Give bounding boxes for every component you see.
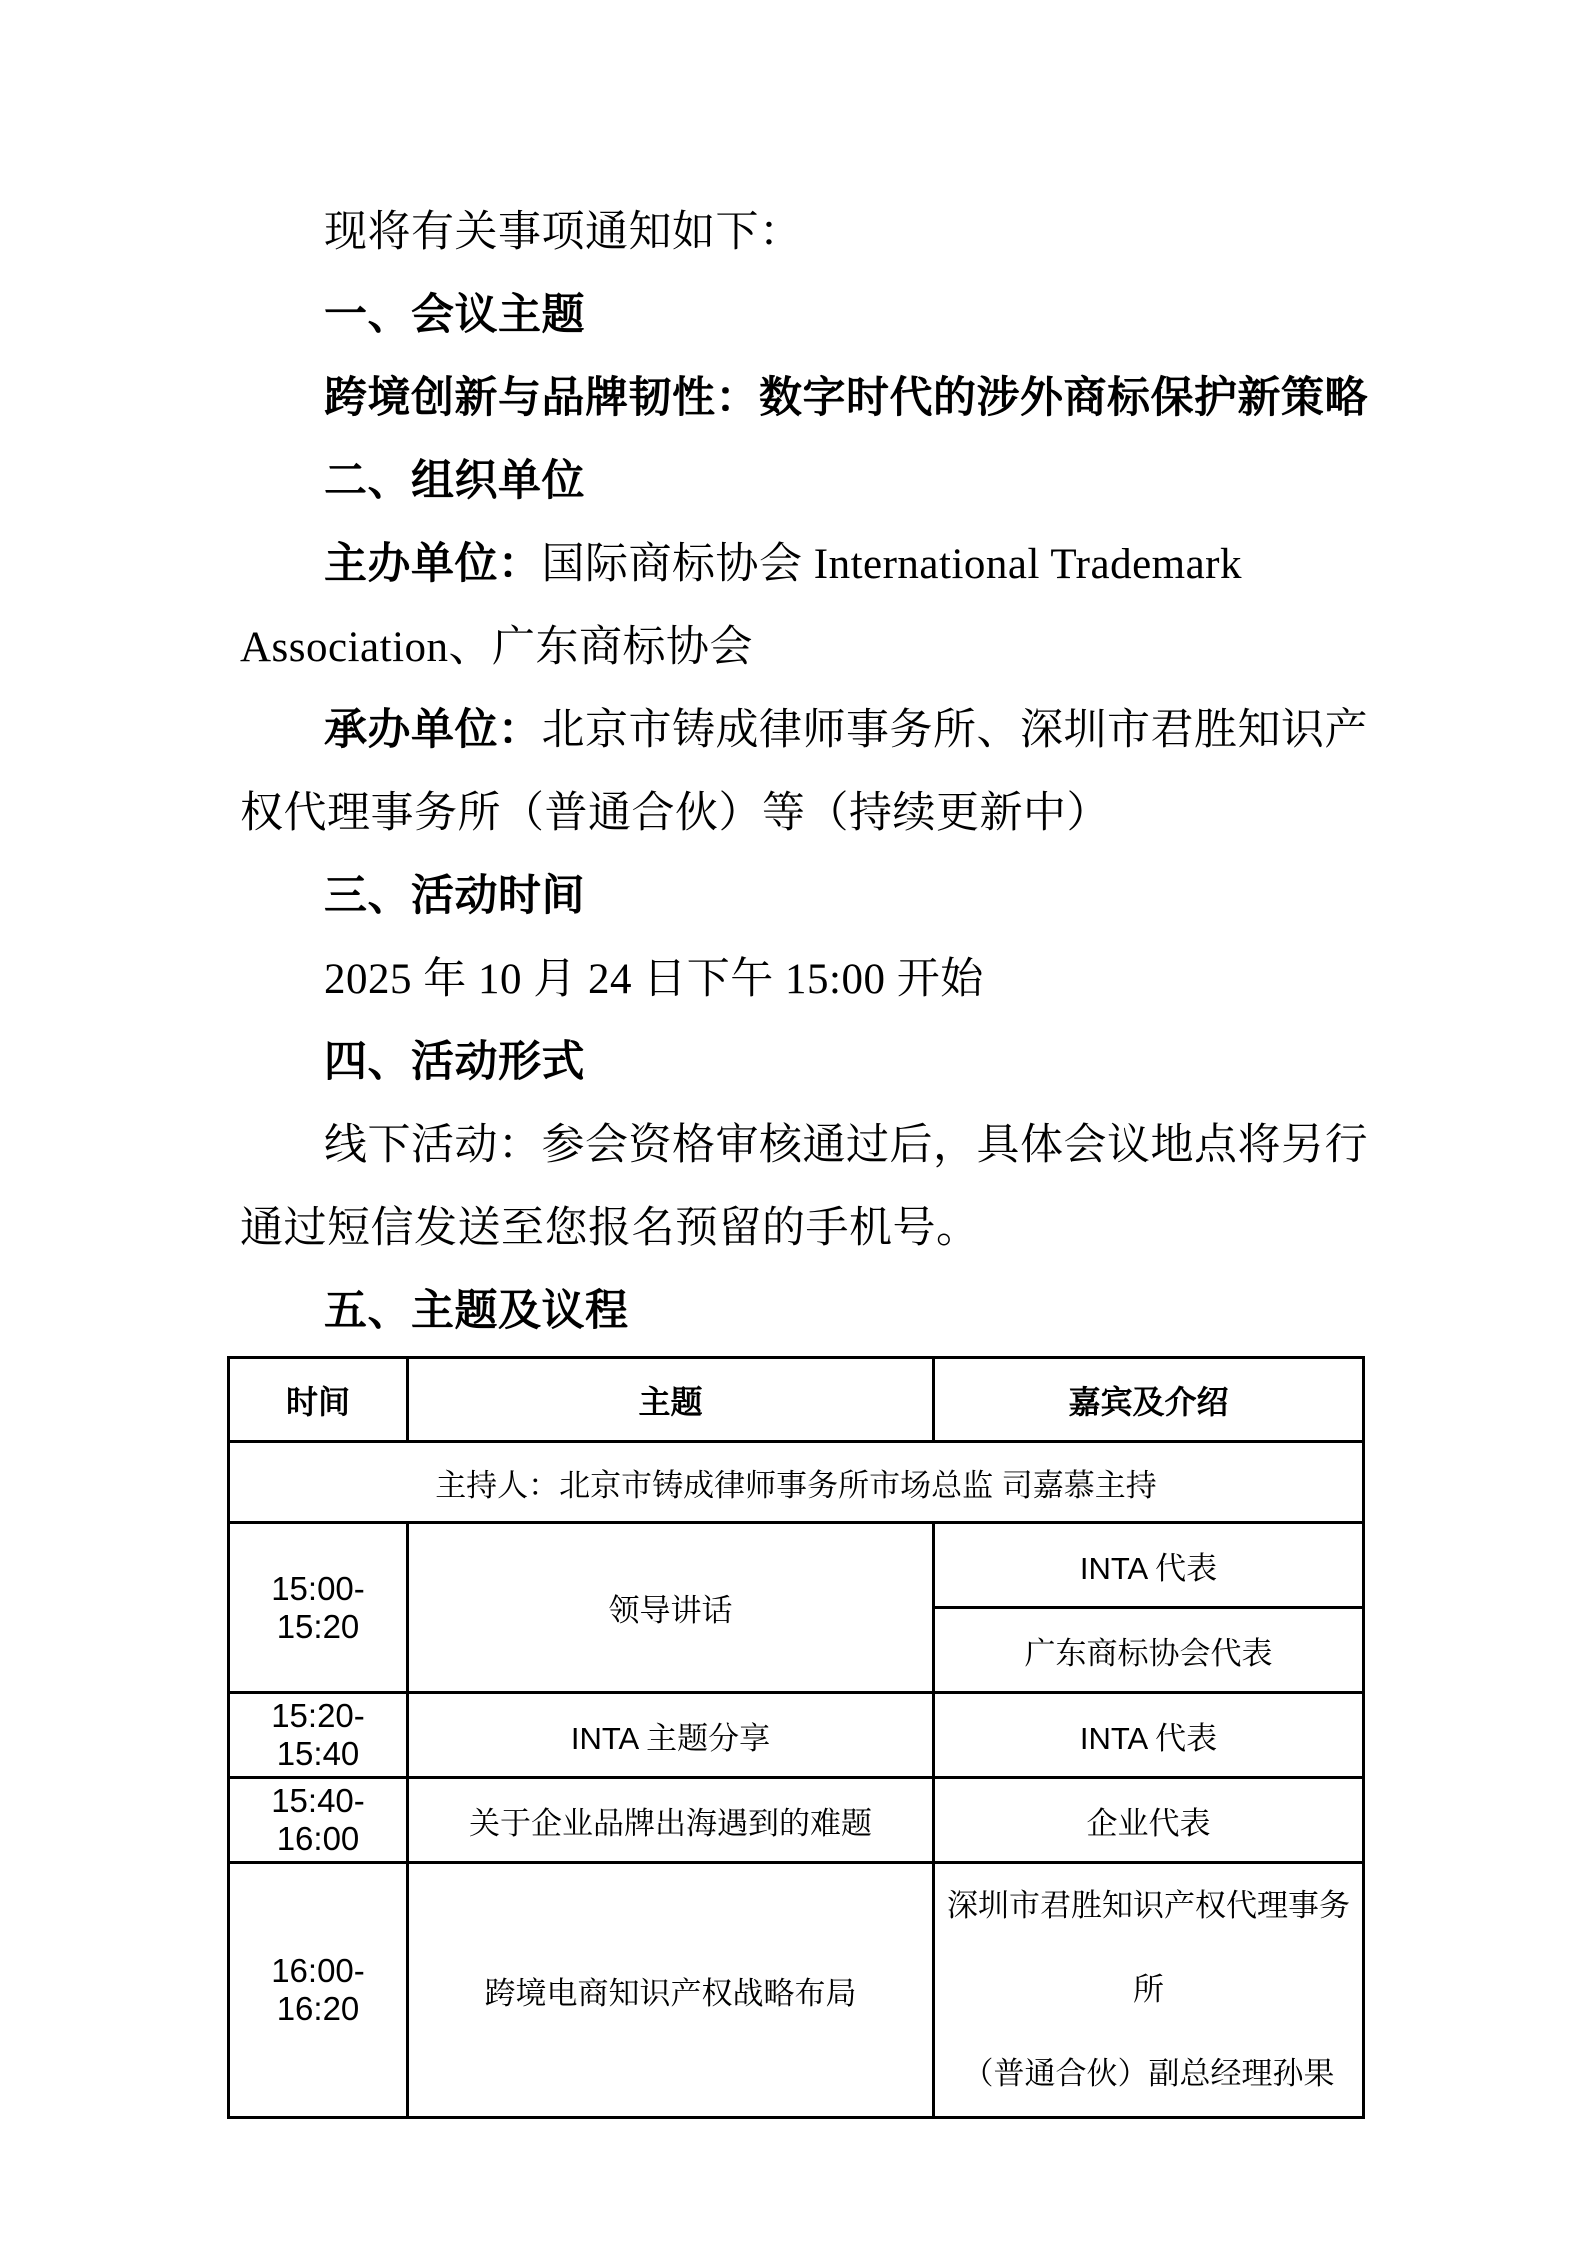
organizer-unit-line1: 承办单位：北京市铸成律师事务所、深圳市君胜知识产 (240, 689, 1444, 772)
agenda-row-3: 15:40-16:00 关于企业品牌出海遇到的难题 企业代表 (229, 1778, 1364, 1863)
organizer-unit-label: 承办单位： (324, 707, 542, 754)
section5-heading: 五、主题及议程 (240, 1270, 1444, 1353)
agenda-row1-topic: 领导讲话 (408, 1523, 934, 1693)
host-unit-line2: Association、广东商标协会 (240, 606, 1360, 689)
conference-theme: 跨境创新与品牌韧性：数字时代的涉外商标保护新策略 (240, 357, 1444, 440)
agenda-row-4: 16:00-16:20 跨境电商知识产权战略布局 深圳市君胜知识产权代理事务所 … (229, 1863, 1364, 2118)
agenda-row4-guest-line1: 深圳市君胜知识产权代理事务所 (941, 1864, 1356, 2032)
agenda-row4-guest: 深圳市君胜知识产权代理事务所 （普通合伙）副总经理孙果 (934, 1863, 1364, 2118)
agenda-row1-guest-a: INTA 代表 (934, 1523, 1364, 1608)
agenda-row-1: 15:00-15:20 领导讲话 INTA 代表 (229, 1523, 1364, 1608)
agenda-header-topic: 主题 (408, 1358, 934, 1442)
agenda-header-time: 时间 (229, 1358, 408, 1442)
agenda-row1-guest-b: 广东商标协会代表 (934, 1608, 1364, 1693)
section1-heading: 一、会议主题 (240, 274, 1444, 357)
agenda-row3-guest: 企业代表 (934, 1778, 1364, 1863)
agenda-table: 时间 主题 嘉宾及介绍 主持人：北京市铸成律师事务所市场总监 司嘉慕主持 15:… (227, 1356, 1365, 2119)
agenda-row4-time: 16:00-16:20 (229, 1863, 408, 2118)
section2-heading: 二、组织单位 (240, 440, 1444, 523)
section4-heading: 四、活动形式 (240, 1021, 1444, 1104)
agenda-row2-topic: INTA 主题分享 (408, 1693, 934, 1778)
agenda-row2-guest: INTA 代表 (934, 1693, 1364, 1778)
event-time-line: 2025 年 10 月 24 日下午 15:00 开始 (240, 938, 1444, 1021)
organizer-unit-line2: 权代理事务所（普通合伙）等（持续更新中） (240, 772, 1360, 855)
agenda-header-row: 时间 主题 嘉宾及介绍 (229, 1358, 1364, 1442)
agenda-moderator-row: 主持人：北京市铸成律师事务所市场总监 司嘉慕主持 (229, 1442, 1364, 1523)
agenda-row2-time: 15:20-15:40 (229, 1693, 408, 1778)
agenda-row1-time: 15:00-15:20 (229, 1523, 408, 1693)
agenda-row4-guest-line2: （普通合伙）副总经理孙果 (941, 2032, 1356, 2116)
event-format-line1: 线下活动：参会资格审核通过后，具体会议地点将另行 (240, 1104, 1444, 1187)
agenda-row-2: 15:20-15:40 INTA 主题分享 INTA 代表 (229, 1693, 1364, 1778)
agenda-row3-time: 15:40-16:00 (229, 1778, 408, 1863)
notice-document: 现将有关事项通知如下： 一、会议主题 跨境创新与品牌韧性：数字时代的涉外商标保护… (0, 0, 1587, 2119)
event-format-line2: 通过短信发送至您报名预留的手机号。 (240, 1187, 1360, 1270)
agenda-row4-topic: 跨境电商知识产权战略布局 (408, 1863, 934, 2118)
organizer-unit-text: 北京市铸成律师事务所、深圳市君胜知识产 (542, 707, 1369, 754)
intro-line: 现将有关事项通知如下： (240, 191, 1444, 274)
host-unit-label: 主办单位： (324, 541, 542, 588)
agenda-row3-topic: 关于企业品牌出海遇到的难题 (408, 1778, 934, 1863)
host-unit-text: 国际商标协会 International Trademark (542, 541, 1243, 588)
host-unit-line1: 主办单位：国际商标协会 International Trademark (240, 523, 1444, 606)
agenda-header-guest: 嘉宾及介绍 (934, 1358, 1364, 1442)
moderator-cell: 主持人：北京市铸成律师事务所市场总监 司嘉慕主持 (229, 1442, 1364, 1523)
section3-heading: 三、活动时间 (240, 855, 1444, 938)
